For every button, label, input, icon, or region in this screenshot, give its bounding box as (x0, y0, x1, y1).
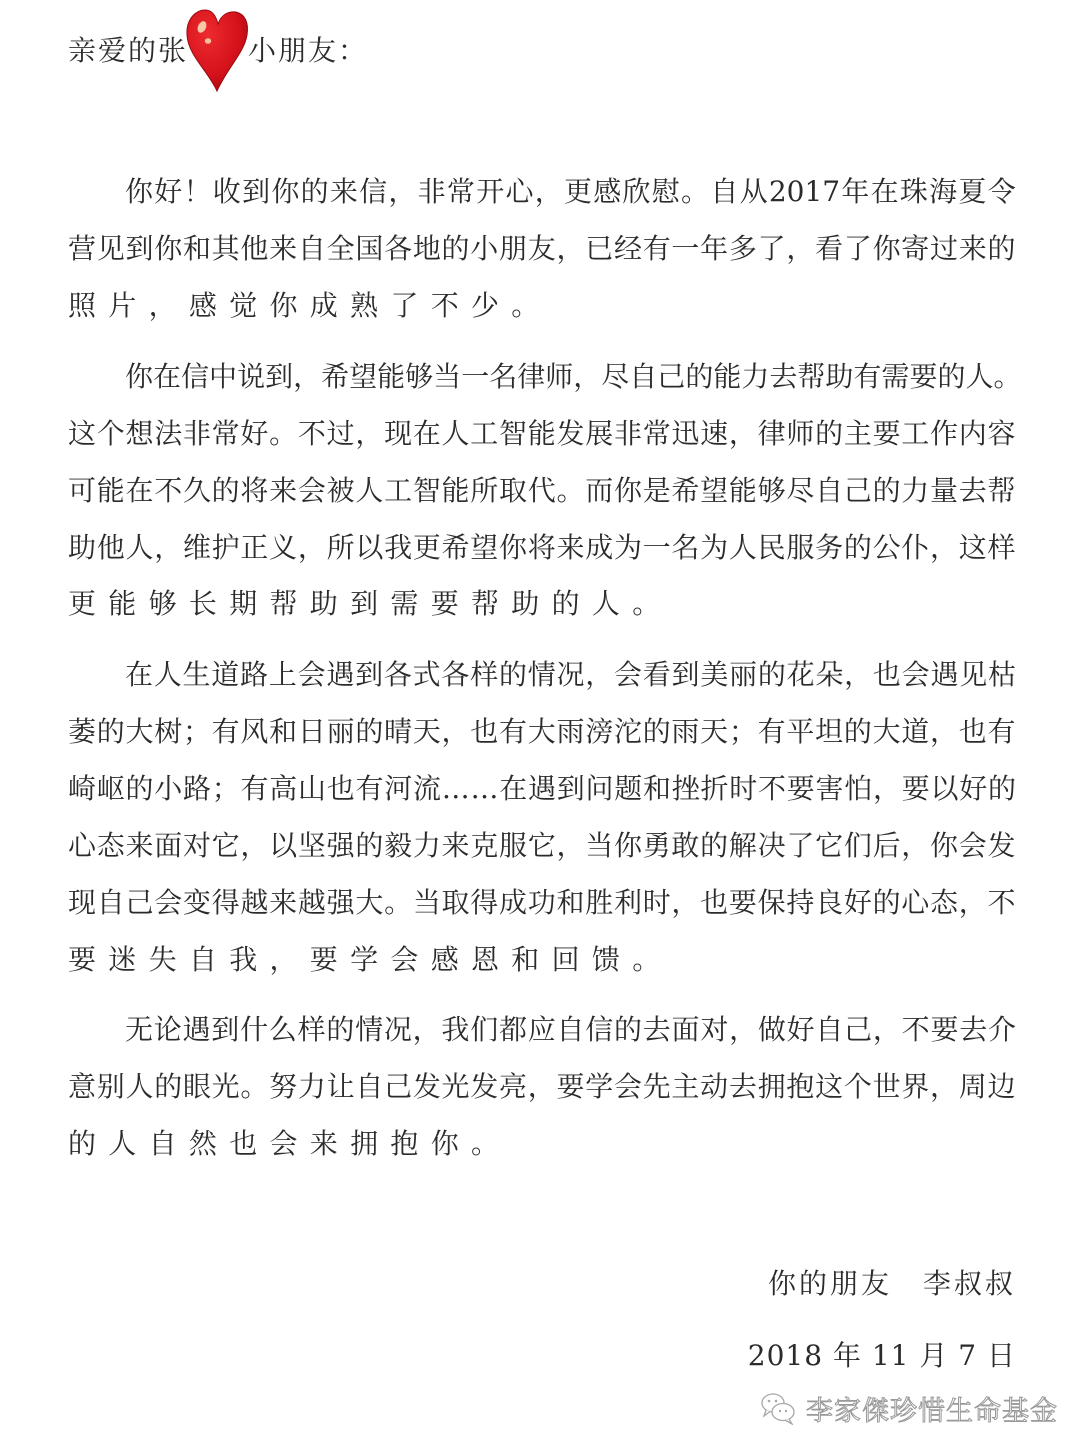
heart-sticker-icon (184, 5, 250, 93)
paragraph-2-line-3: 可能在不久的将来会被人工智能所取代。而你是希望能够尽自己的力量去帮 (68, 471, 1016, 511)
paragraph-3-line-3: 崎岖的小路；有高山也有河流……在遇到问题和挫折时不要害怕，要以好的 (68, 769, 1016, 809)
paragraph-1-line-1: 你好！收到你的来信，非常开心，更感欣慰。自从2017年在珠海夏令 (125, 172, 1016, 212)
letter-page: 亲爱的张 小朋友： 你好！收到你的来信，非常开心，更感欣慰。自从2017年在珠海… (0, 0, 1080, 1455)
paragraph-3-line-4: 心态来面对它，以坚强的毅力来克服它，当你勇敢的解决了它们后，你会发 (68, 826, 1016, 866)
paragraph-4-line-1: 无论遇到什么样的情况，我们都应自信的去面对，做好自己，不要去介 (125, 1010, 1016, 1050)
paragraph-1-line-2: 营见到你和其他来自全国各地的小朋友，已经有一年多了，看了你寄过来的 (68, 229, 1016, 269)
paragraph-1-line-3: 照片，感觉你成熟了不少。 (68, 286, 1016, 326)
paragraph-3-line-5: 现自己会变得越来越强大。当取得成功和胜利时，也要保持良好的心态，不 (68, 883, 1016, 923)
paragraph-2-line-2: 这个想法非常好。不过，现在人工智能发展非常迅速，律师的主要工作内容 (68, 414, 1016, 454)
paragraph-4-line-3: 的人自然也会来拥抱你。 (68, 1124, 1016, 1164)
paragraph-3-line-1: 在人生道路上会遇到各式各样的情况，会看到美丽的花朵，也会遇见枯 (125, 655, 1016, 695)
wechat-icon (760, 1391, 796, 1425)
paragraph-4-line-2: 意别人的眼光。努力让自己发光发亮，要学会先主动去拥抱这个世界，周边 (68, 1067, 1016, 1107)
paragraph-2-line-4: 助他人，维护正义，所以我更希望你将来成为一名为人民服务的公仆，这样 (68, 528, 1016, 568)
watermark: 李家傑珍惜生命基金 (760, 1386, 1058, 1430)
signature: 你的朋友 李叔叔 (768, 1264, 1016, 1304)
letter-date: 2018 年 11 月 7 日 (748, 1336, 1016, 1376)
paragraph-3-line-2: 萎的大树；有风和日丽的晴天，也有大雨滂沱的雨天；有平坦的大道，也有 (68, 712, 1016, 752)
paragraph-3-line-6: 要迷失自我，要学会感恩和回馈。 (68, 940, 1016, 980)
watermark-text: 李家傑珍惜生命基金 (806, 1389, 1058, 1428)
paragraph-2-line-5: 更能够长期帮助到需要帮助的人。 (68, 584, 1016, 624)
paragraph-2-line-1: 你在信中说到，希望能够当一名律师，尽自己的能力去帮助有需要的人。 (125, 357, 1016, 397)
